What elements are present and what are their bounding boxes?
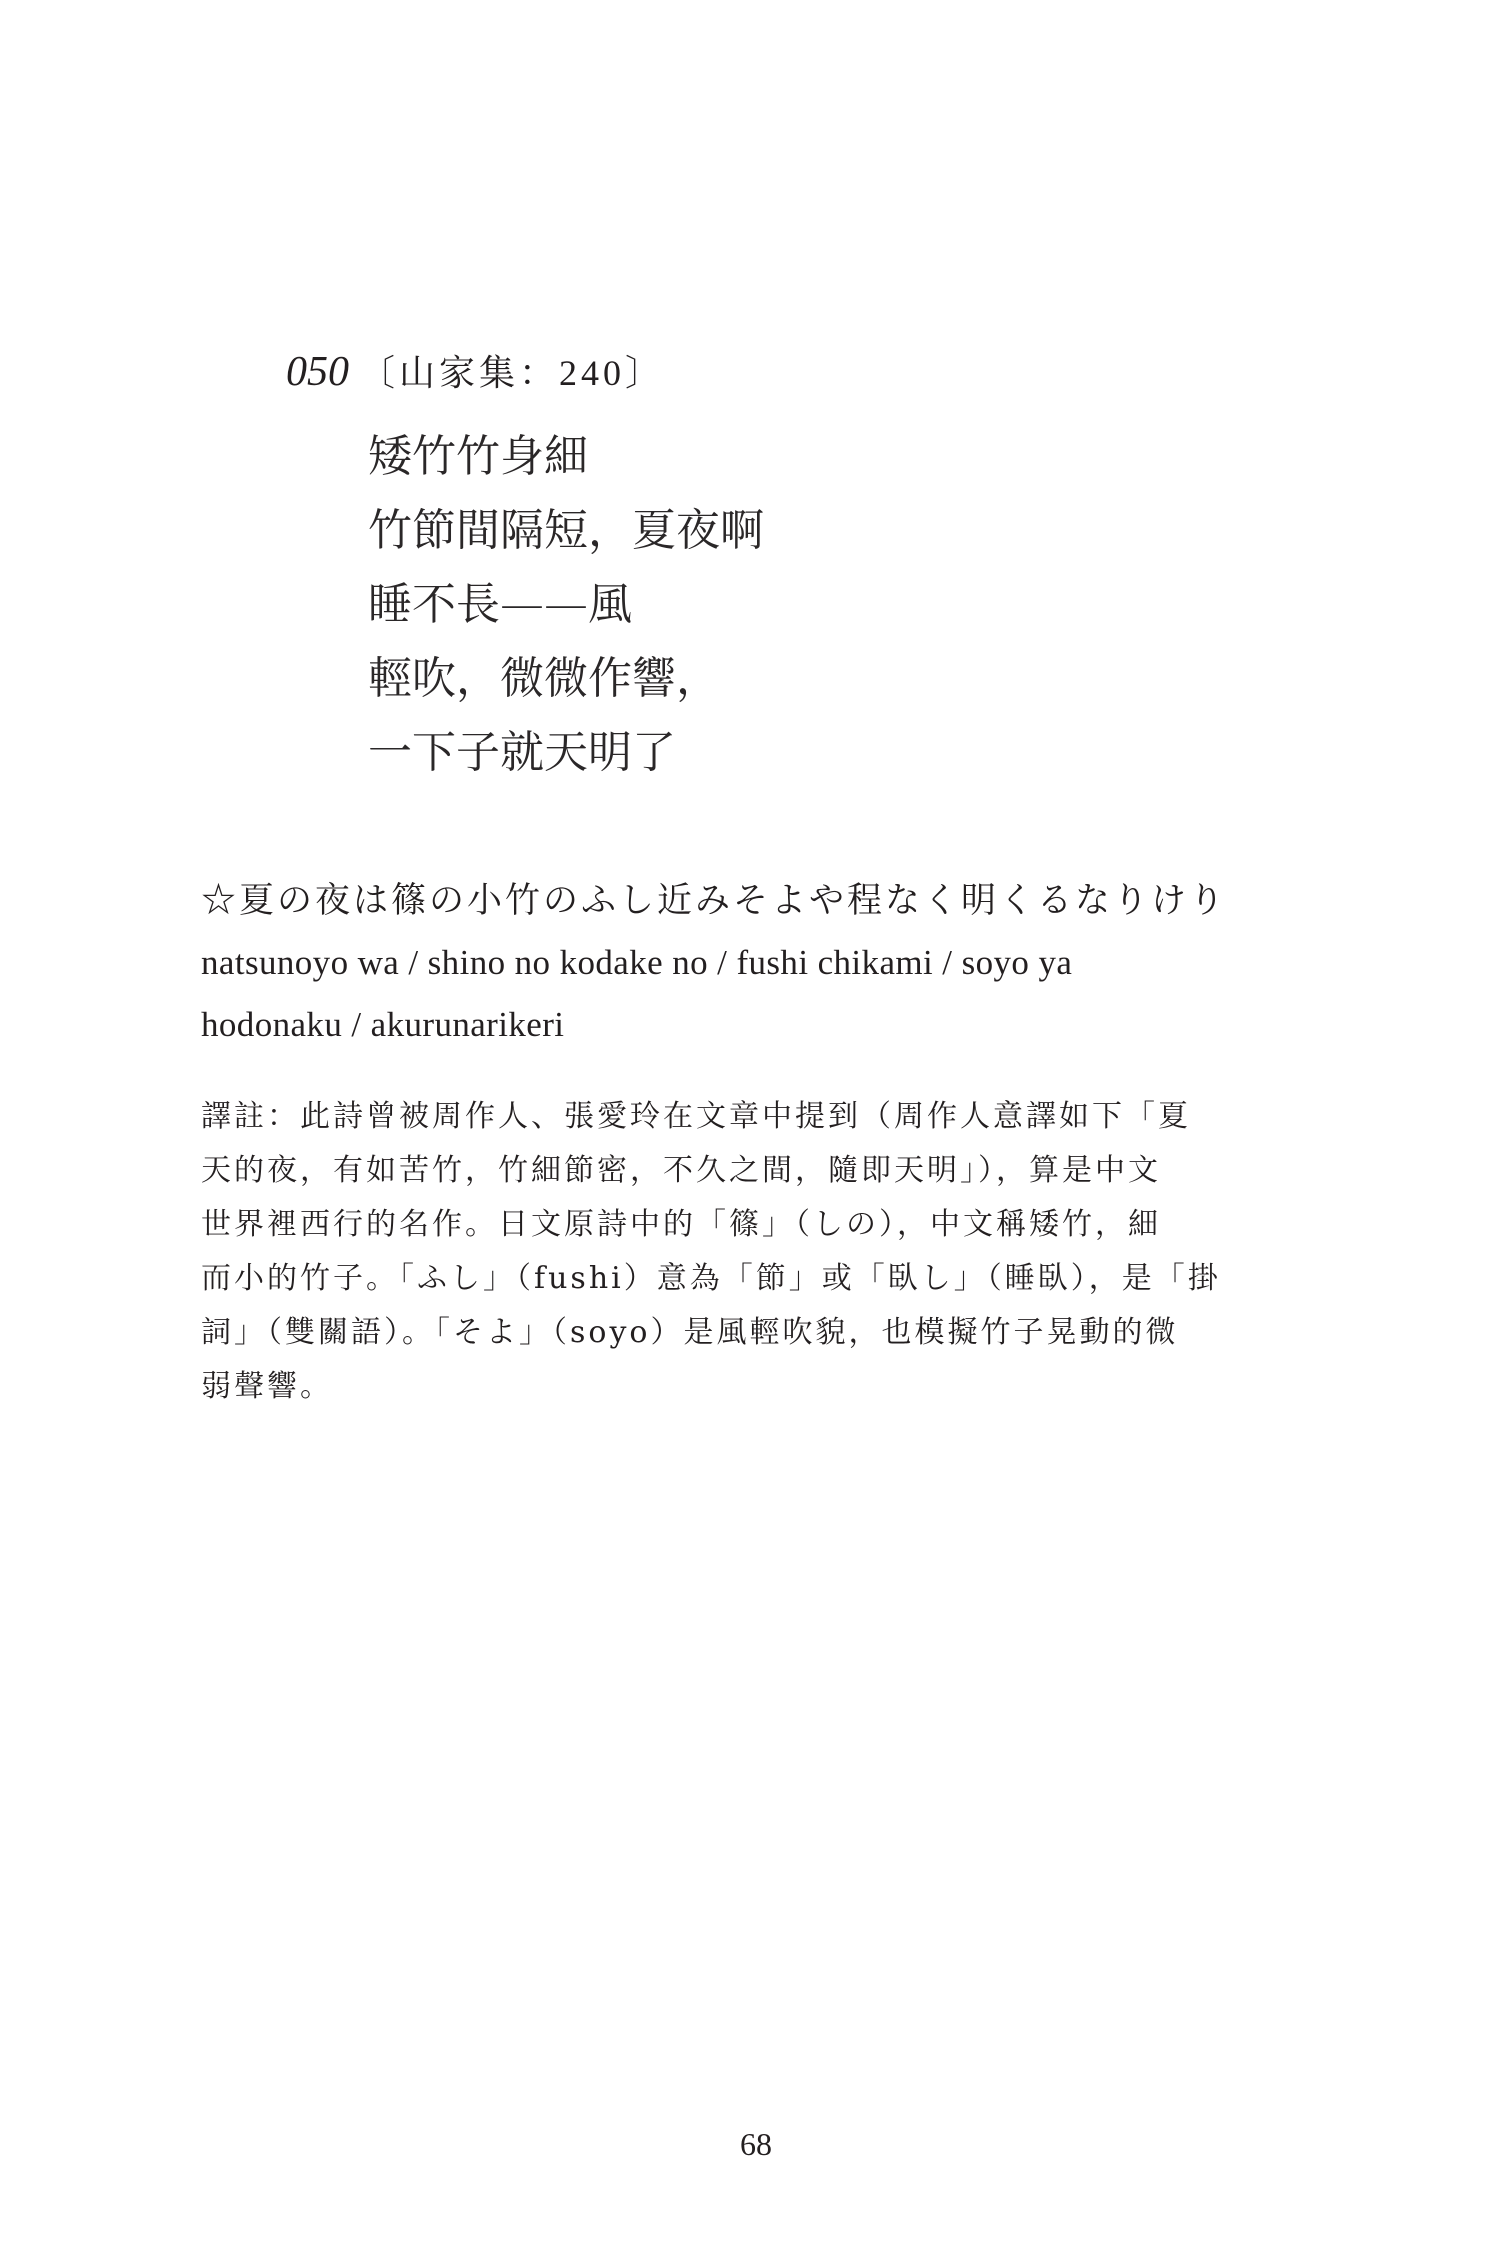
note-line: 弱聲響。 (201, 1360, 1321, 1414)
poem-line: 矮竹竹身細 (368, 420, 764, 494)
entry-number: 050 (286, 349, 349, 395)
entry-source: 〔山家集：240〕 (359, 353, 665, 393)
note-line: 而小的竹子。「ふし」（fushi）意為「節」或「臥し」（睡臥），是「掛 (201, 1252, 1321, 1306)
romaji-line: hodonaku / akurunarikeri (201, 994, 1321, 1056)
poem-line: 輕吹，微微作響， (368, 642, 764, 716)
note-line: 世界裡西行的名作。日文原詩中的「篠」（しの），中文稱矮竹，細 (201, 1198, 1321, 1252)
original-poem: ☆夏の夜は篠の小竹のふし近みそよや程なく明くるなりけり natsunoyo wa… (201, 870, 1321, 1056)
note-line: 天的夜，有如苦竹，竹細節密，不久之間，隨即天明」），算是中文 (201, 1144, 1321, 1198)
romaji-line: natsunoyo wa / shino no kodake no / fush… (201, 932, 1321, 994)
note-line: 譯註：此詩曾被周作人、張愛玲在文章中提到（周作人意譯如下「夏 (201, 1090, 1321, 1144)
note-line: 詞」（雙關語）。「そよ」（soyo）是風輕吹貌，也模擬竹子晃動的微 (201, 1306, 1321, 1360)
poem-line: 一下子就天明了 (368, 716, 764, 790)
page-number: 68 (0, 2124, 1512, 2164)
book-page: 050 〔山家集：240〕 矮竹竹身細 竹節間隔短，夏夜啊 睡不長——風 輕吹，… (0, 0, 1512, 2246)
original-japanese: ☆夏の夜は篠の小竹のふし近みそよや程なく明くるなりけり (201, 870, 1321, 932)
entry-heading: 050 〔山家集：240〕 (286, 344, 665, 401)
translated-poem: 矮竹竹身細 竹節間隔短，夏夜啊 睡不長——風 輕吹，微微作響， 一下子就天明了 (368, 420, 764, 790)
translator-note: 譯註：此詩曾被周作人、張愛玲在文章中提到（周作人意譯如下「夏 天的夜，有如苦竹，… (201, 1090, 1321, 1414)
poem-line: 睡不長——風 (368, 568, 764, 642)
poem-line: 竹節間隔短，夏夜啊 (368, 494, 764, 568)
